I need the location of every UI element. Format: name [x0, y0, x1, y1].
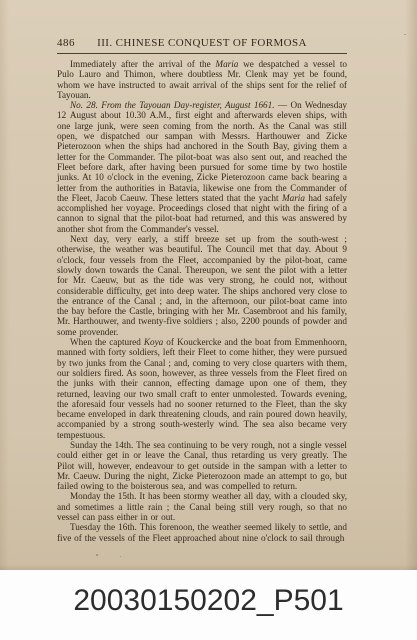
- paragraph: Immediately after the arrival of the Mar…: [57, 59, 347, 100]
- body-text: Immediately after the arrival of the Mar…: [57, 59, 347, 543]
- catalog-number: 20030150202_P501: [73, 584, 343, 618]
- paragraph: Tuesday the 16th. This forenoon, the wea…: [57, 522, 347, 543]
- scanned-book-photo: 486 III. CHINESE CONQUEST OF FORMOSA Imm…: [0, 0, 417, 640]
- paragraph: Monday the 15th. It has been stormy weat…: [57, 491, 347, 522]
- catalog-label-strip: 20030150202_P501: [0, 570, 417, 640]
- book-page: 486 III. CHINESE CONQUEST OF FORMOSA Imm…: [0, 0, 417, 570]
- page-header: 486 III. CHINESE CONQUEST OF FORMOSA: [57, 37, 347, 51]
- running-title: III. CHINESE CONQUEST OF FORMOSA: [57, 37, 347, 49]
- paragraph: Next day, very early, a stiff breeze set…: [57, 234, 347, 337]
- page-speck: [404, 34, 406, 35]
- header-rule: [57, 53, 347, 54]
- paragraph: No. 28. From the Tayouan Day-register, A…: [57, 100, 347, 234]
- page-speck: [96, 554, 98, 556]
- page-number: 486: [57, 37, 75, 49]
- page-speck: [120, 556, 121, 557]
- paragraph: When the captured Koya of Kouckercke and…: [57, 337, 347, 440]
- paragraph: Sunday the 14th. The sea continuing to b…: [57, 440, 347, 491]
- text-column: 486 III. CHINESE CONQUEST OF FORMOSA Imm…: [57, 37, 347, 543]
